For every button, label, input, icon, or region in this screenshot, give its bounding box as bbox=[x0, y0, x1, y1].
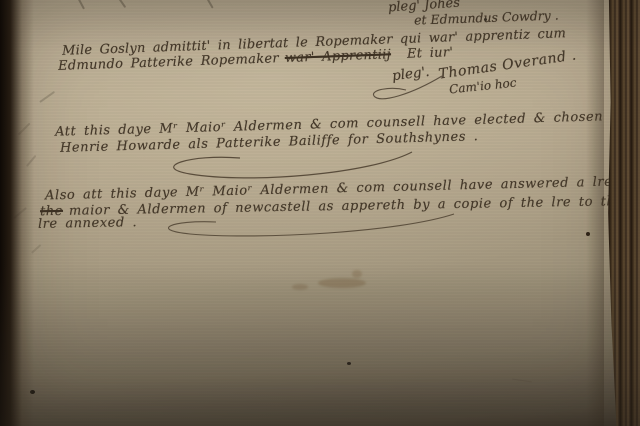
pen-flourish bbox=[372, 74, 462, 108]
ink-stain bbox=[318, 278, 366, 288]
admission-sworn-note: Et iur' bbox=[407, 45, 454, 62]
manuscript-page-photo: pleg' Johes et Edmundus Cowdry . Mile Go… bbox=[0, 0, 640, 426]
page-edge-shadow bbox=[586, 0, 604, 426]
stray-pen-mark bbox=[206, 0, 213, 8]
ink-stain bbox=[352, 270, 362, 278]
hair-mark bbox=[512, 379, 532, 383]
deleted-words: war' Apprentiij bbox=[285, 47, 392, 66]
book-fore-edge bbox=[598, 0, 640, 426]
book-gutter bbox=[0, 0, 34, 426]
pen-flourish bbox=[120, 212, 460, 242]
dark-speck bbox=[347, 362, 351, 365]
dark-speck bbox=[484, 18, 487, 21]
show-through-mark bbox=[39, 91, 55, 103]
stray-pen-mark bbox=[77, 0, 85, 9]
ink-stain bbox=[292, 284, 308, 290]
stray-pen-mark bbox=[116, 0, 126, 8]
